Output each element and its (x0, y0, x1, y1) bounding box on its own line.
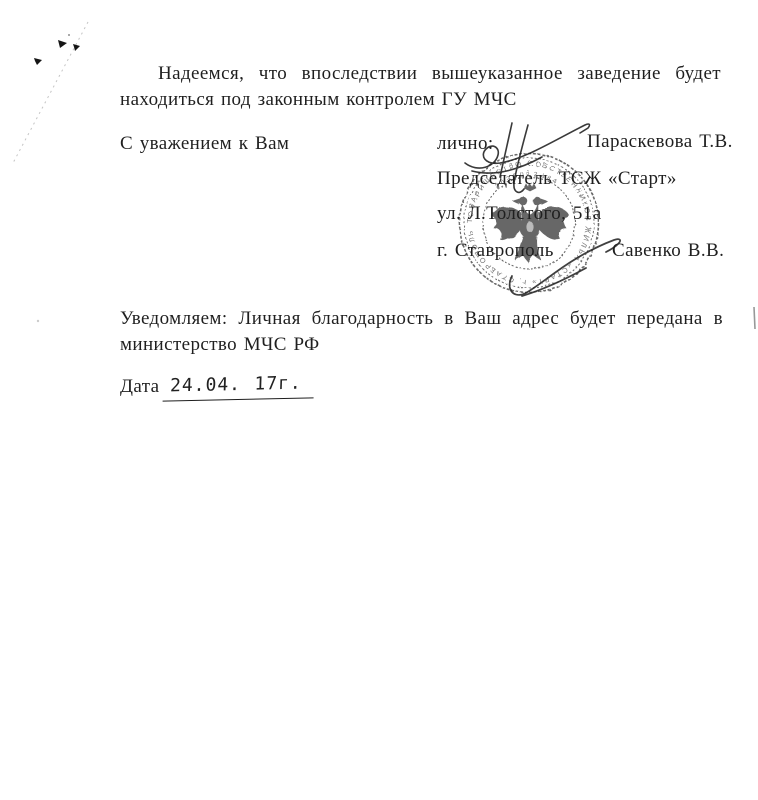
paragraph-line: Надеемся, что впоследствии вышеуказанное… (120, 61, 721, 87)
respect-line: С уважением к Вам (120, 131, 289, 157)
scan-artifacts (0, 0, 758, 800)
address-line: ул. Л.Толстого, 51а (437, 201, 602, 227)
paragraph-line: Уведомляем: Личная благодарность в Ваш а… (120, 306, 723, 332)
ink-speck (58, 40, 67, 48)
letter-page: Надеемся, что впоследствии вышеуказанное… (0, 0, 758, 800)
ink-speck (34, 58, 42, 65)
date-row: Дата24.04. 17г. (120, 372, 314, 400)
chairman-title: Председатель ТСЖ «Старт» (437, 166, 677, 192)
handwritten-date: 24.04. 17г. (163, 370, 315, 401)
city-line: г. Ставрополь (437, 238, 554, 264)
notice-paragraph: Уведомляем: Личная благодарность в Ваш а… (120, 306, 723, 358)
ink-speck (68, 34, 70, 36)
scan-edge-mark (754, 307, 755, 329)
paragraph-line: министерство МЧС РФ (120, 332, 723, 358)
signer-name-savenko: Савенко В.В. (612, 238, 724, 264)
ink-speck (73, 44, 80, 51)
ink-speck (37, 320, 39, 322)
paragraph-line: находиться под законным контролем ГУ МЧС (120, 87, 721, 113)
signer-name-paraskevova: Параскевова Т.В. (587, 129, 733, 155)
opening-paragraph: Надеемся, что впоследствии вышеуказанное… (120, 61, 721, 113)
scan-crease-line (13, 22, 88, 163)
date-label: Дата (120, 374, 159, 400)
personally-label: лично: (437, 131, 494, 157)
